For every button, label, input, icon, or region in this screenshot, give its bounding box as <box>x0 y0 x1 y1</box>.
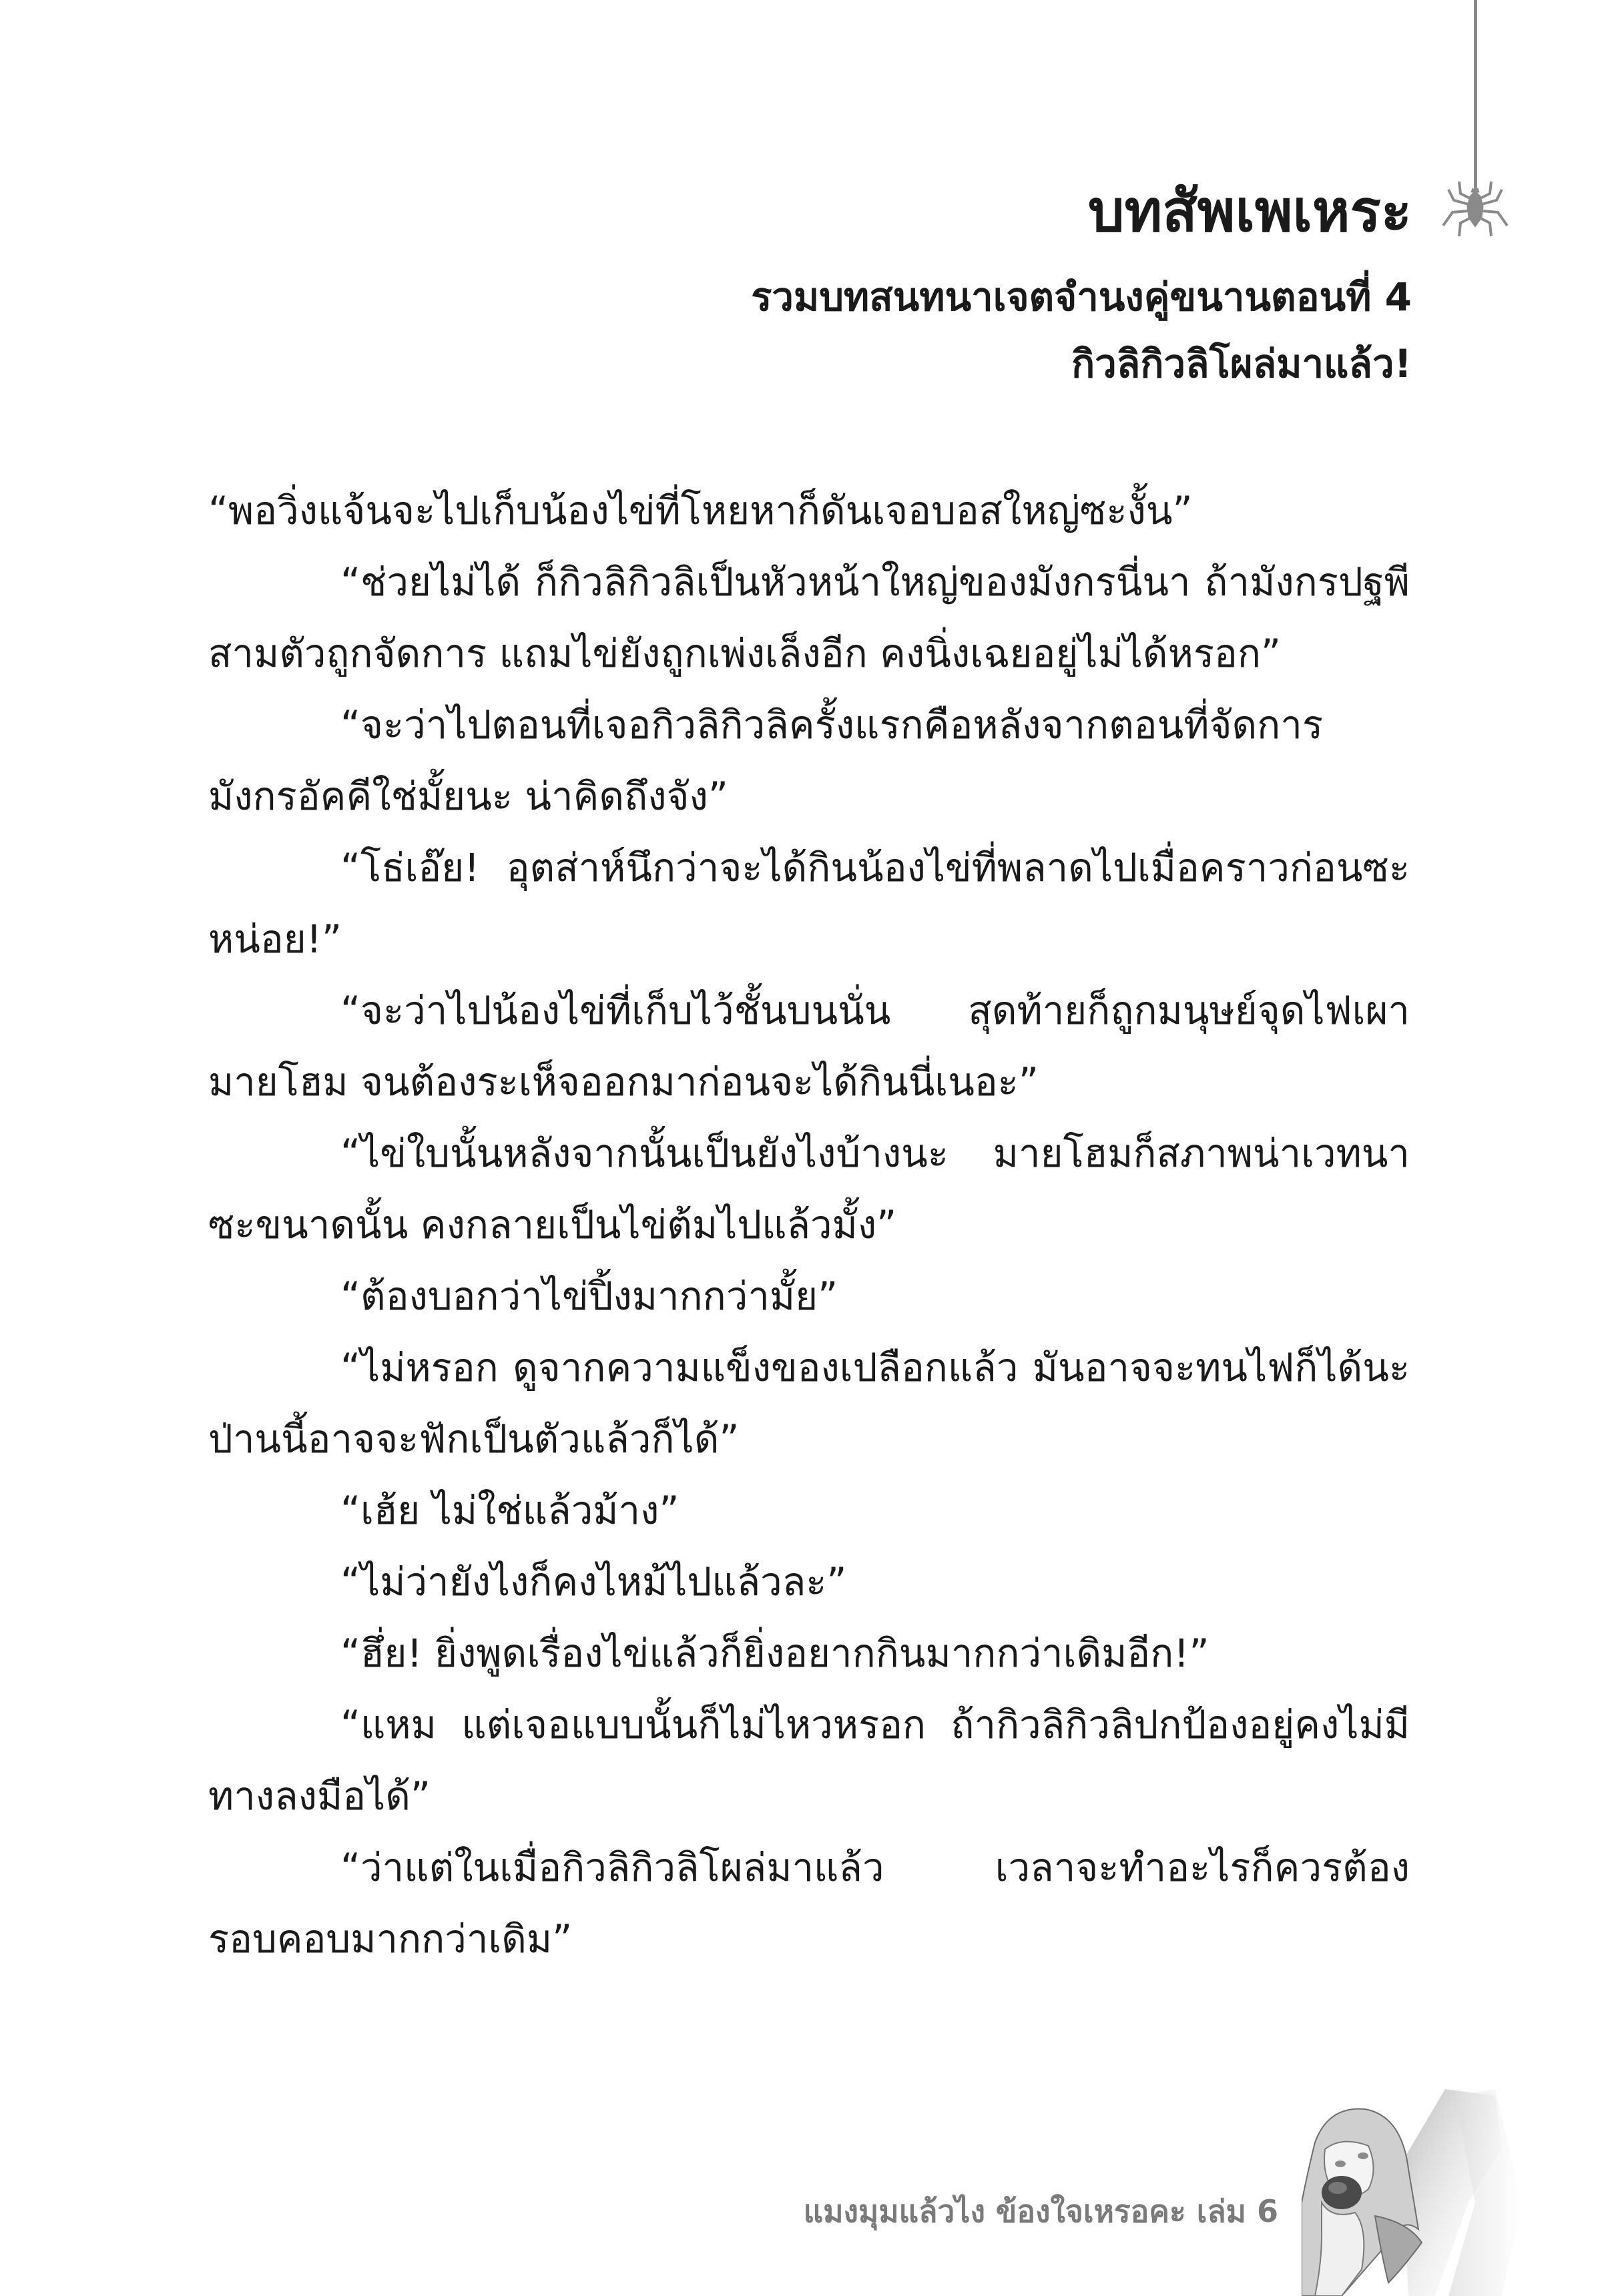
dialogue-paragraph: “ช่วยไม่ได้ ก็กิวลิกิวลิเป็นหัวหน้าใหญ่ข… <box>208 547 1410 689</box>
book-page: บทสัพเพเหระ รวมบทสนทนาเจตจำนงคู่ขนานตอนท… <box>0 0 1612 2296</box>
dialogue-paragraph: “ไข่ใบนั้นหลังจากนั้นเป็นยังไงบ้างนะ มาย… <box>208 1118 1410 1261</box>
dialogue-paragraph: “ไม่ว่ายังไงก็คงไหม้ไปแล้วละ” <box>208 1546 1410 1618</box>
spider-icon <box>1440 179 1511 246</box>
chapter-title: บทสัพเพเหระ <box>1088 175 1412 248</box>
dialogue-paragraph: “ว่าแต่ในเมื่อกิวลิกิวลิโผล่มาแล้ว เวลาจ… <box>208 1832 1410 1975</box>
footer-book-title: แมงมุมแล้วไง ข้องใจเหรอคะ เล่ม 6 <box>804 2191 1278 2231</box>
dialogue-paragraph: “ฮึ่ย! ยิ่งพูดเรื่องไข่แล้วก็ยิ่งอยากกิน… <box>208 1618 1410 1689</box>
chapter-subtitle-line-1: รวมบทสนทนาเจตจำนงคู่ขนานตอนที่ 4 <box>751 267 1412 327</box>
dialogue-paragraph: “พอวิ่งแจ้นจะไปเก็บน้องไข่ที่โหยหาก็ดันเ… <box>208 475 1410 547</box>
dialogue-paragraph: “ต้องบอกว่าไข่ปิ้งมากกว่ามั้ย” <box>208 1261 1410 1332</box>
dialogue-paragraph: “โธ่เอ๊ย! อุตส่าห์นึกว่าจะได้กินน้องไข่ท… <box>208 832 1410 975</box>
dialogue-paragraph: “ไม่หรอก ดูจากความแข็งของเปลือกแล้ว มันอ… <box>208 1332 1410 1475</box>
dialogue-body: “พอวิ่งแจ้นจะไปเก็บน้องไข่ที่โหยหาก็ดันเ… <box>208 475 1410 1975</box>
dialogue-paragraph: “เฮ้ย ไม่ใช่แล้วม้าง” <box>208 1475 1410 1546</box>
dialogue-paragraph: “จะว่าไปน้องไข่ที่เก็บไว้ชั้นบนนั่น สุดท… <box>208 975 1410 1118</box>
girl-illustration <box>1302 2069 1612 2296</box>
dialogue-paragraph: “จะว่าไปตอนที่เจอกิวลิกิวลิครั้งแรกคือหล… <box>208 689 1410 832</box>
dialogue-paragraph: “แหม แต่เจอแบบนั้นก็ไม่ไหวหรอก ถ้ากิวลิก… <box>208 1689 1410 1832</box>
spider-thread <box>1474 0 1477 195</box>
chapter-subtitle-line-2: กิวลิกิวลิโผล่มาแล้ว! <box>1071 334 1412 394</box>
